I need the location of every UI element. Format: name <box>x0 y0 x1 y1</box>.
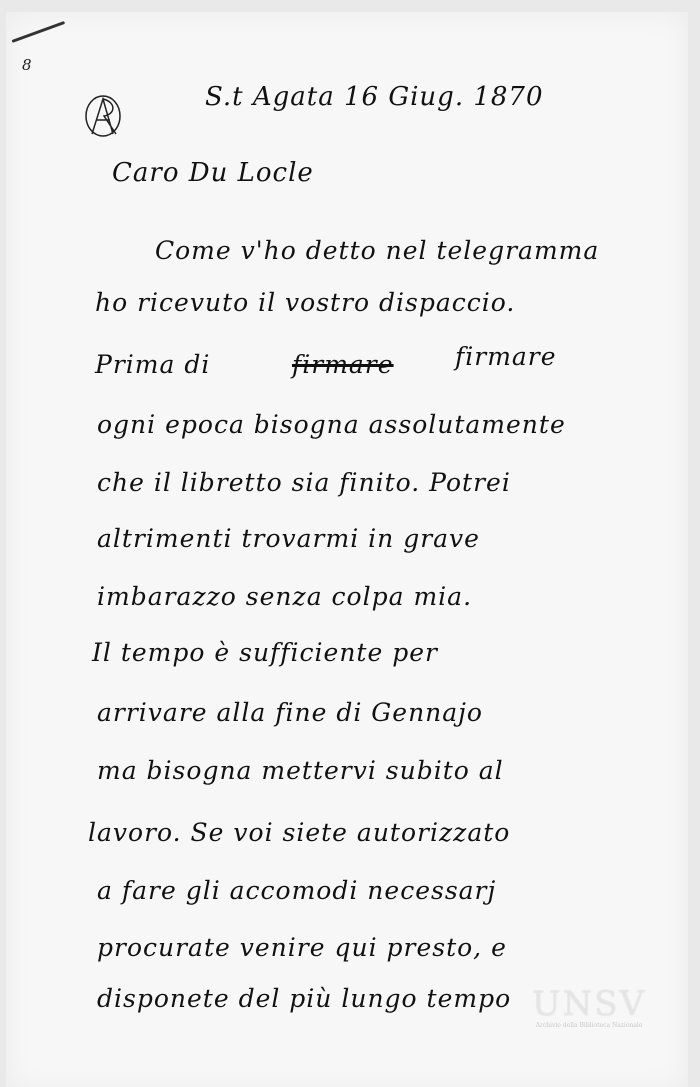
letter-line: arrivare alla fine di Gennajo <box>97 698 483 727</box>
salutation: Caro Du Locle <box>112 158 314 188</box>
letter-line: ho ricevuto il vostro dispaccio. <box>95 288 515 317</box>
letter-line: imbarazzo senza colpa mia. <box>97 582 472 611</box>
letter-line: che il libretto sia finito. Potrei <box>97 468 511 497</box>
struck-word: firmare <box>292 350 394 379</box>
letter-line: disponete del più lungo tempo <box>97 984 511 1013</box>
letter-line: firmare <box>455 342 557 371</box>
letter-line: ma bisogna mettervi subito al <box>97 756 504 785</box>
letter-line: a fare gli accomodi necessarj <box>97 876 496 905</box>
letter-line: procurate venire qui presto, e <box>97 933 507 962</box>
letter-line: lavoro. Se voi siete autorizzato <box>88 818 510 847</box>
letter-line: Prima di <box>95 350 210 379</box>
letter-line: Il tempo è sufficiente per <box>92 638 438 667</box>
watermark-title: UNSV <box>516 986 662 1022</box>
watermark: UNSV Archivio della Biblioteca Nazionale <box>516 986 662 1032</box>
letter-line: Come v'ho detto nel telegramma <box>155 236 599 265</box>
letter-line: ogni epoca bisogna assolutamente <box>97 410 566 439</box>
folio-number: 8 <box>22 56 32 74</box>
place-date: S.t Agata 16 Giug. 1870 <box>205 82 544 112</box>
monogram-icon <box>82 94 124 142</box>
watermark-subtitle: Archivio della Biblioteca Nazionale <box>516 1022 662 1029</box>
letter-line: altrimenti trovarmi in grave <box>97 524 480 553</box>
